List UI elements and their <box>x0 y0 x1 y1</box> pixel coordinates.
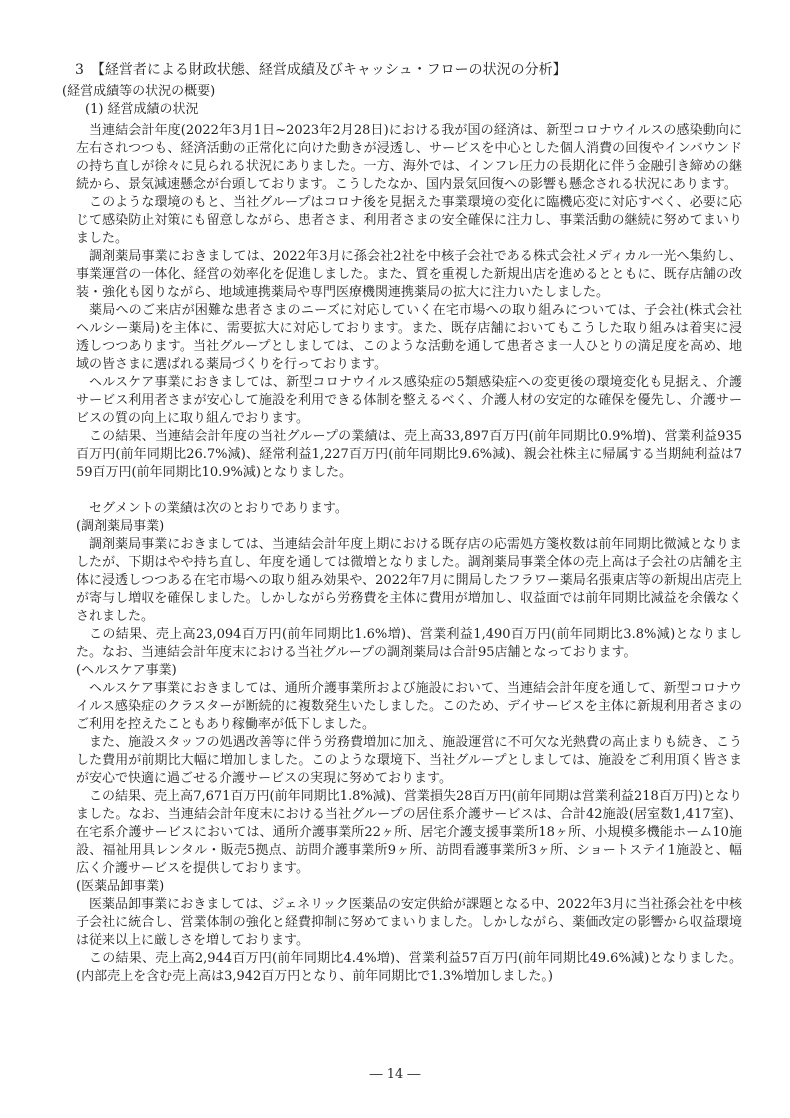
paragraph-healthcare-costs: また、施設スタッフの処遇改善等に伴う労務費増加に加え、施設運営に不可欠な光熱費の… <box>76 734 742 788</box>
paragraph-home-market-initiatives: 薬局へのご来店が困難な患者さまのニーズに対応していく在宅市場への取り組みについて… <box>76 302 742 374</box>
paragraph-dispensing-pharmacy-results: この結果、売上高23,094百万円(前年同期比1.6%増)、営業利益1,490百… <box>76 626 742 662</box>
paragraph-wholesale-results: この結果、売上高2,944百万円(前年同期比4.4%増)、営業利益57百万円(前… <box>76 950 742 986</box>
subsection-heading: (1) 経営成績の状況 <box>85 101 742 119</box>
page-number: ― 14 ― <box>0 1066 790 1084</box>
paragraph-wholesale-detail: 医薬品卸事業におきましては、ジェネリック医薬品の安定供給が課題となる中、2022… <box>76 896 742 950</box>
paragraph-healthcare-overview: ヘルスケア事業におきましては、新型コロナウイルス感染症の5類感染症への変更後の環… <box>76 374 742 428</box>
paragraph-healthcare-results: この結果、売上高7,671百万円(前年同期比1.8%減)、営業損失28百万円(前… <box>76 788 742 878</box>
blank-line <box>76 482 742 500</box>
paragraph-dispensing-pharmacy-detail: 調剤薬局事業におきましては、当連結会計年度上期における既存店の応需処方箋枚数は前… <box>76 536 742 626</box>
segment-intro: セグメントの業績は次のとおりであります。 <box>76 500 742 518</box>
paragraph-economic-environment: 当連結会計年度(2022年3月1日~2023年2月28日)における我が国の経済は… <box>76 122 742 194</box>
paragraph-healthcare-cluster: ヘルスケア事業におきましては、通所介護事業所および施設において、当連結会計年度を… <box>76 680 742 734</box>
paragraph-pharmacy-business-overview: 調剤薬局事業におきましては、2022年3月に孫会社2社を中核子会社である株式会社… <box>76 248 742 302</box>
body-text-block: 当連結会計年度(2022年3月1日~2023年2月28日)における我が国の経済は… <box>76 122 742 986</box>
paragraph-consolidated-results: この結果、当連結会計年度の当社グループの業績は、売上高33,897百万円(前年同… <box>76 428 742 482</box>
paragraph-group-response: このような環境のもと、当社グループはコロナ後を見据えた事業環境の変化に臨機応変に… <box>76 194 742 248</box>
overview-heading: (経営成績等の状況の概要) <box>62 83 742 101</box>
segment-heading-healthcare: (ヘルスケア事業) <box>76 662 742 680</box>
segment-heading-pharmaceutical-wholesale: (医薬品卸事業) <box>76 878 742 896</box>
section-title: 3 【経営者による財政状態、経営成績及びキャッシュ・フローの状況の分析】 <box>75 60 742 80</box>
document-page: 3 【経営者による財政状態、経営成績及びキャッシュ・フローの状況の分析】 (経営… <box>0 0 790 1118</box>
segment-heading-dispensing-pharmacy: (調剤薬局事業) <box>76 518 742 536</box>
